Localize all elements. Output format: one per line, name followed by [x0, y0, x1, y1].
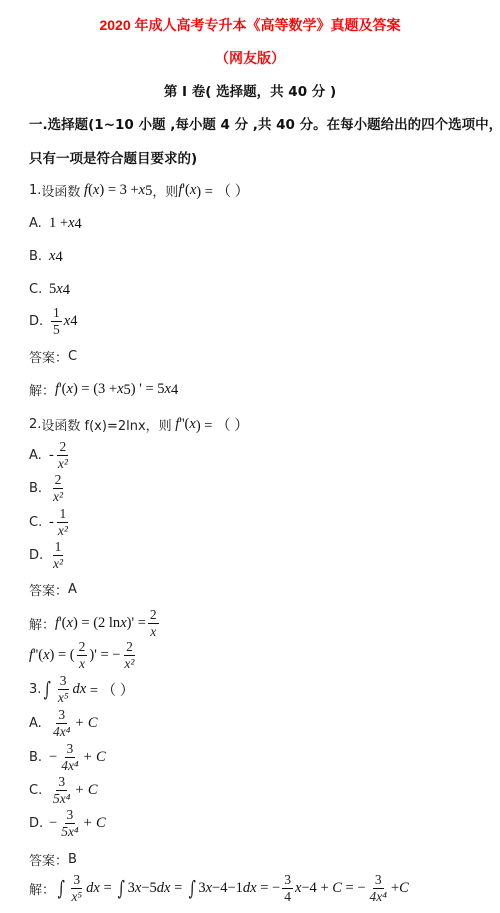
- question-3-prompt: 3. ∫ 3x⁵ dx = （ ）: [29, 674, 134, 704]
- option-label: C.: [29, 783, 49, 798]
- option-label: A.: [29, 716, 49, 731]
- question-1-prompt: 1. 设函数 f(x) = 3 + x5 ，则 f'(x) = （ ）: [29, 180, 249, 201]
- option-label: D.: [29, 314, 49, 329]
- fraction: 2x: [77, 640, 88, 670]
- integral-sign: ∫: [58, 878, 65, 898]
- q2-option-d[interactable]: D. 1x²: [29, 540, 67, 570]
- option-label: B.: [29, 750, 49, 765]
- instructions-line-1: 一.选择题(1~10 小题 ,每小题 4 分 ,共 40 分。在每小题给出的四个…: [29, 113, 500, 133]
- answer-value: B: [68, 852, 77, 867]
- fraction: 34: [282, 873, 293, 903]
- answer-value: A: [68, 582, 77, 597]
- fraction: 34x⁴: [59, 742, 80, 772]
- q1-option-a[interactable]: A. 1 + x4: [29, 215, 82, 232]
- fraction: 35x⁴: [59, 808, 80, 838]
- q1-option-b[interactable]: B. x4: [29, 248, 63, 265]
- fraction: 1x²: [56, 507, 70, 537]
- q2-option-c[interactable]: C. - 1x²: [29, 507, 72, 537]
- q1-option-c[interactable]: C. 5x4: [29, 281, 70, 298]
- q1-solution: 解： f'(x) = (3 + x5) ' = 5x4: [29, 380, 178, 399]
- option-label: A.: [29, 216, 49, 231]
- question-text: 设函数: [41, 181, 80, 200]
- option-label: B.: [29, 249, 49, 264]
- integral-sign: ∫: [188, 878, 195, 898]
- section-heading: 第 I 卷( 选择题，共 40 分 ): [0, 80, 500, 100]
- q1-answer: 答案：C: [29, 347, 77, 366]
- question-2-prompt: 2. 设函数 f(x)=2lnx，则 f''(x) = （ ）: [29, 414, 249, 435]
- q2-solution-line-1: 解： f'(x) = (2 ln x)' = 2x: [29, 608, 161, 638]
- q3-option-b[interactable]: B. − 34x⁴ + C: [29, 742, 106, 772]
- answer-value: C: [68, 349, 77, 364]
- q2-answer: 答案：A: [29, 580, 77, 599]
- fraction: 3x⁵: [56, 674, 71, 704]
- q3-option-d[interactable]: D. − 35x⁴ + C: [29, 808, 106, 838]
- q2-option-b[interactable]: B. 2x²: [29, 473, 67, 503]
- fraction: 15: [51, 306, 62, 336]
- fraction: 1x²: [51, 540, 65, 570]
- fraction: 2x²: [56, 440, 70, 470]
- fraction: 2x²: [51, 473, 65, 503]
- page-subtitle: （网友版）: [0, 48, 500, 68]
- option-label: C.: [29, 282, 49, 297]
- option-label: C.: [29, 515, 49, 530]
- question-text: 设函数 f(x)=2lnx，则: [41, 415, 171, 434]
- math-expression: f: [80, 182, 88, 199]
- q3-option-c[interactable]: C. 35x⁴ + C: [29, 775, 98, 805]
- fraction: 35x⁴: [51, 775, 72, 805]
- instructions-line-2: 只有一项是符合题目要求的): [29, 147, 197, 167]
- q2-option-a[interactable]: A. - 2x²: [29, 440, 72, 470]
- fraction: 34x⁴: [51, 708, 72, 738]
- q3-option-a[interactable]: A. 34x⁴ + C: [29, 708, 98, 738]
- page-title: 2020 年成人高考专升本《高等数学》真题及答案: [0, 15, 500, 35]
- option-label: B.: [29, 481, 49, 496]
- fraction: 2x: [148, 608, 159, 638]
- integral-sign: ∫: [44, 679, 51, 699]
- question-number: 3.: [29, 682, 41, 697]
- q2-solution-line-2: f''(x) = ( 2x )' = − 2x²: [29, 640, 138, 670]
- integral-sign: ∫: [118, 878, 125, 898]
- fraction: 3x⁵: [69, 873, 84, 903]
- fraction: 2x²: [122, 640, 136, 670]
- question-number: 1.: [29, 183, 41, 198]
- fraction: 34x⁴: [368, 873, 389, 903]
- q3-answer: 答案：B: [29, 850, 77, 869]
- q3-solution: 解： ∫ 3x⁵ dx = ∫ 3x−5dx = ∫ 3x−4−1dx = − …: [29, 873, 409, 903]
- option-label: A.: [29, 448, 49, 463]
- option-label: D.: [29, 548, 49, 563]
- q1-option-d[interactable]: D. 15 x4: [29, 306, 77, 336]
- question-number: 2.: [29, 417, 41, 432]
- option-label: D.: [29, 816, 49, 831]
- question-text: ，则: [152, 181, 178, 200]
